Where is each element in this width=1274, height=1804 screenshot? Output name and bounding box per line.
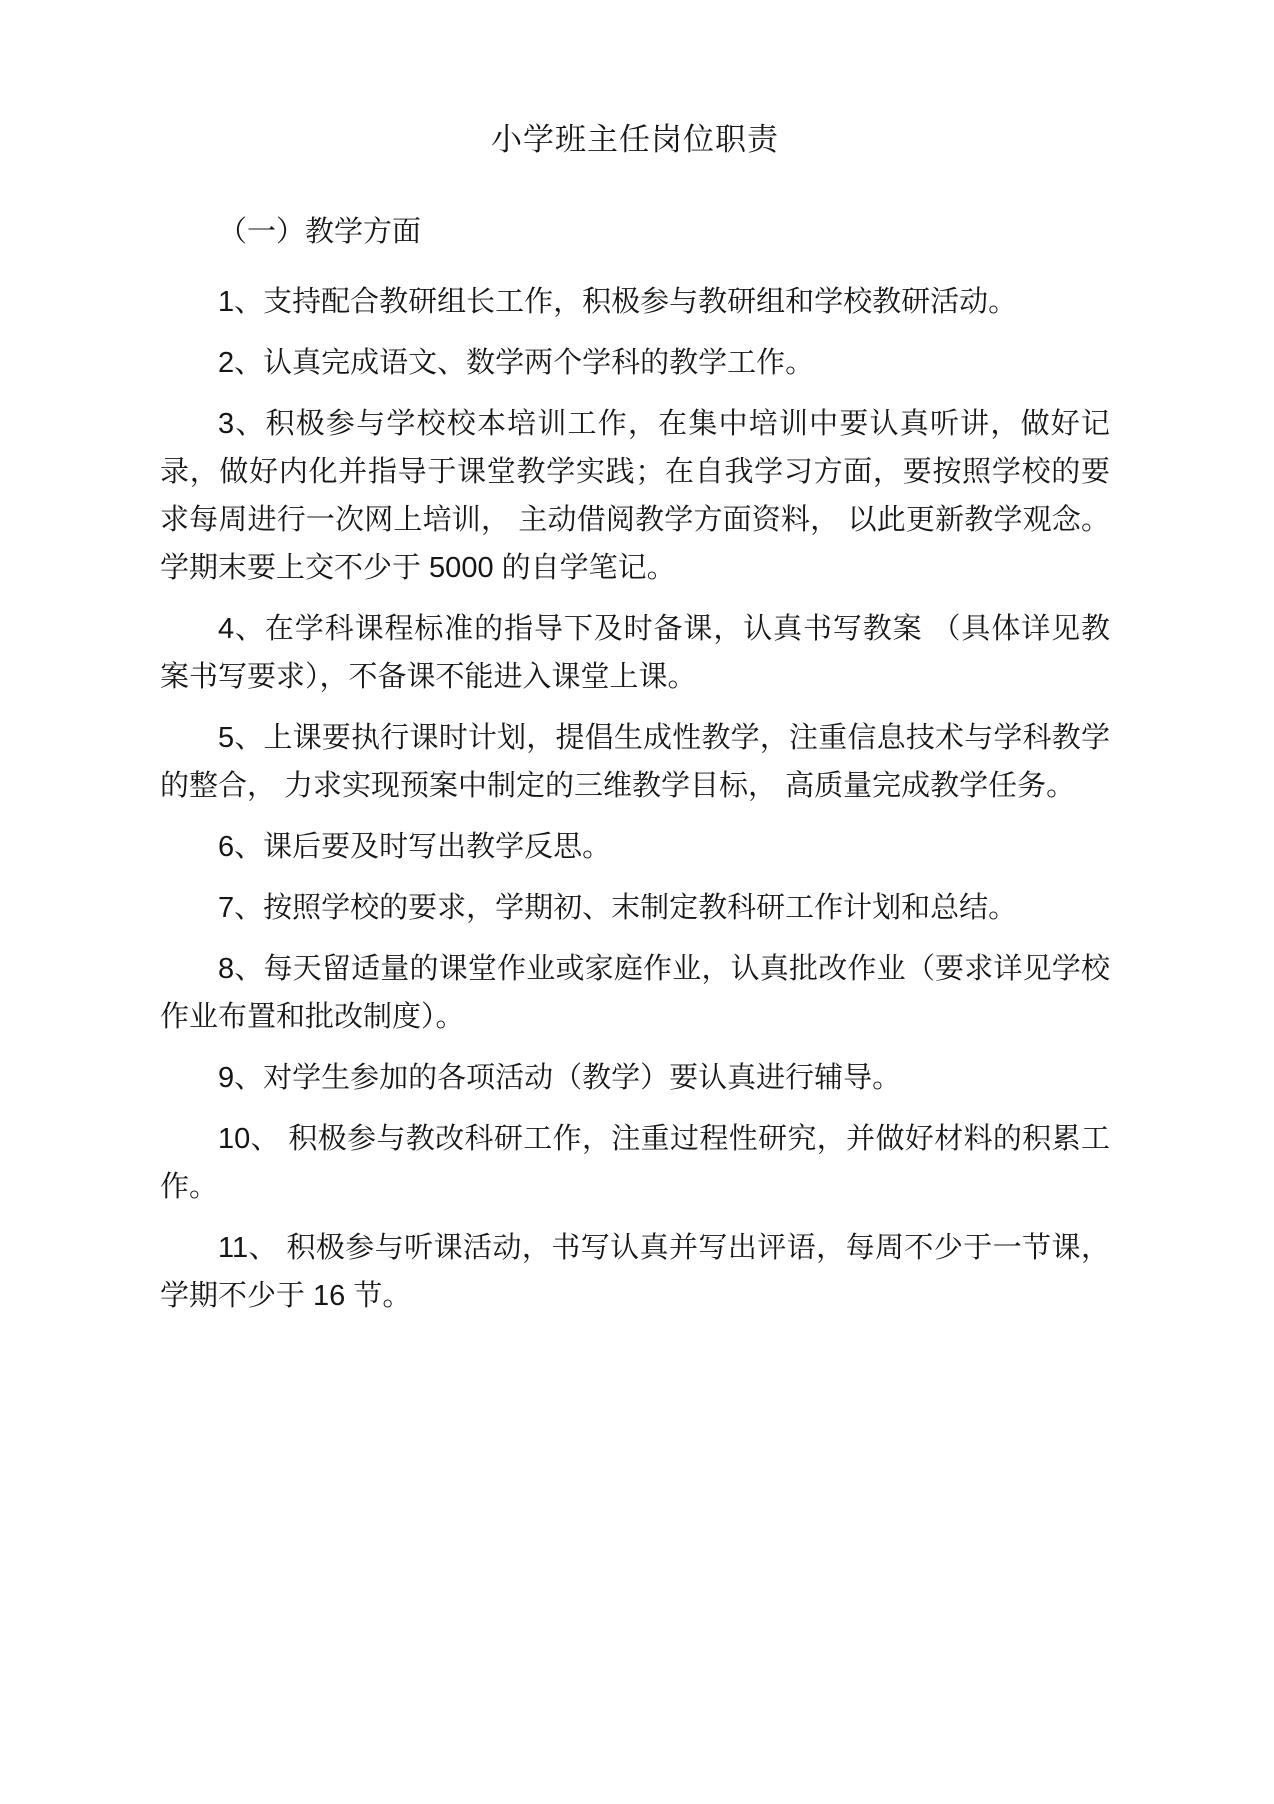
paragraph-1: 1、支持配合教研组长工作，积极参与教研组和学校教研活动。: [160, 278, 1110, 326]
paragraph-2: 2、认真完成语文、数学两个学科的教学工作。: [160, 339, 1110, 387]
paragraph-10: 10、 积极参与教改科研工作，注重过程性研究，并做好材料的积累工作。: [160, 1115, 1110, 1211]
document-page: 小学班主任岗位职责 （一）教学方面 1、支持配合教研组长工作，积极参与教研组和学…: [0, 0, 1274, 1804]
paragraph-11: 11、 积极参与听课活动，书写认真并写出评语，每周不少于一节课，学期不少于 16…: [160, 1224, 1110, 1320]
paragraph-6: 6、课后要及时写出教学反思。: [160, 823, 1110, 871]
section-heading: （一）教学方面: [160, 208, 1110, 256]
paragraph-7: 7、按照学校的要求，学期初、末制定教科研工作计划和总结。: [160, 884, 1110, 932]
paragraph-4: 4、在学科课程标准的指导下及时备课，认真书写教案 （具体详见教案书写要求），不备…: [160, 605, 1110, 701]
paragraph-8: 8、每天留适量的课堂作业或家庭作业，认真批改作业（要求详见学校作业布置和批改制度…: [160, 945, 1110, 1041]
paragraph-9: 9、对学生参加的各项活动（教学）要认真进行辅导。: [160, 1054, 1110, 1102]
paragraph-3: 3、积极参与学校校本培训工作，在集中培训中要认真听讲，做好记录，做好内化并指导于…: [160, 400, 1110, 592]
paragraph-5: 5、上课要执行课时计划，提倡生成性教学，注重信息技术与学科教学的整合， 力求实现…: [160, 714, 1110, 810]
document-title: 小学班主任岗位职责: [160, 116, 1110, 164]
